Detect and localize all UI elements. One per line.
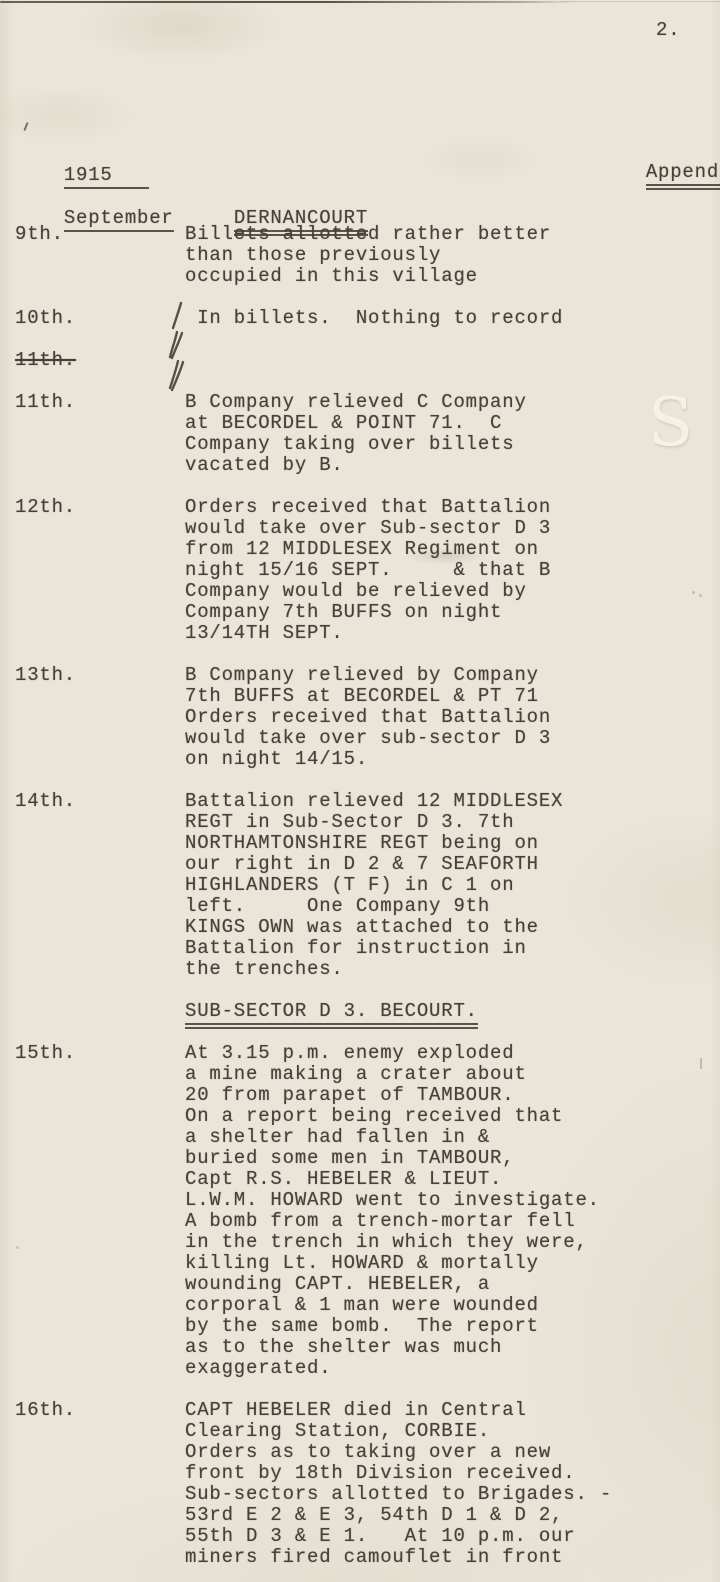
entry-text: Billets allotted rather betterthan those… bbox=[185, 224, 720, 287]
entry-line: as to the shelter was much bbox=[185, 1337, 720, 1358]
entry-line: wounding CAPT. HEBELER, a bbox=[185, 1274, 720, 1295]
paper-speck bbox=[23, 122, 28, 131]
embossed-watermark: S bbox=[648, 390, 693, 456]
entry-line: occupied in this village bbox=[185, 266, 720, 287]
entry-date: 12th. bbox=[15, 497, 76, 518]
entry-line: front by 18th Division received. bbox=[185, 1463, 720, 1484]
entry-line: Company taking over billets bbox=[185, 434, 720, 455]
entry-line: Company 7th BUFFS on night bbox=[185, 602, 720, 623]
entry-line: Billets allotted rather better bbox=[185, 224, 720, 245]
diary-entry: 13th.B Company relieved by Company7th BU… bbox=[0, 665, 720, 770]
handwritten-tick-marks-icon bbox=[165, 300, 191, 394]
entry-line: 7th BUFFS at BECORDEL & PT 71 bbox=[185, 686, 720, 707]
diary-entry: 9th.Billets allotted rather betterthan t… bbox=[0, 224, 720, 287]
entry-date: 16th. bbox=[15, 1400, 76, 1421]
entry-text: Battalion relieved 12 MIDDLESEXREGT in S… bbox=[185, 791, 720, 980]
entry-line: NORTHAMTONSHIRE REGT being on bbox=[185, 833, 720, 854]
entry-line: on night 14/15. bbox=[185, 749, 720, 770]
entry-line: L.W.M. HOWARD went to investigate. bbox=[185, 1190, 720, 1211]
entry-line: at BECORDEL & POINT 71. C bbox=[185, 413, 720, 434]
entry-line: Company would be relieved by bbox=[185, 581, 720, 602]
entry-line: A bomb from a trench-mortar fell bbox=[185, 1211, 720, 1232]
document-page: 2. 1915 Appendix September DERNANCOURT 9… bbox=[0, 0, 720, 1582]
entry-line: our right in D 2 & 7 SEAFORTH bbox=[185, 854, 720, 875]
entry-line: On a report being received that bbox=[185, 1106, 720, 1127]
entry-line: In billets. Nothing to record bbox=[185, 308, 720, 329]
entry-line: 53rd E 2 & E 3, 54th D 1 & D 2, bbox=[185, 1505, 720, 1526]
section-heading-text: SUB-SECTOR D 3. BECOURT. bbox=[185, 1001, 478, 1029]
entry-line: corporal & 1 man were wounded bbox=[185, 1295, 720, 1316]
entry-date-struck: 11th. bbox=[15, 350, 76, 371]
entry-line: from 12 MIDDLESEX Regiment on bbox=[185, 539, 720, 560]
entry-line: Battalion for instruction in bbox=[185, 938, 720, 959]
paper-speck bbox=[699, 594, 702, 597]
appendix-heading: Appendix bbox=[597, 141, 720, 211]
entry-line: killing Lt. HOWARD & mortally bbox=[185, 1253, 720, 1274]
entry-text: B Company relieved by Company7th BUFFS a… bbox=[185, 665, 720, 770]
paper-speck bbox=[692, 591, 695, 594]
year-text: 1915 bbox=[64, 165, 149, 189]
entry-line: 20 from parapet of TAMBOUR. bbox=[185, 1085, 720, 1106]
entry-line: Orders received that Battalion bbox=[185, 707, 720, 728]
entry-line: CAPT HEBELER died in Central bbox=[185, 1400, 720, 1421]
diary-entry: 10th. In billets. Nothing to record bbox=[0, 308, 720, 329]
entry-line: exaggerated. bbox=[185, 1358, 720, 1379]
entry-line: Sub-sectors allotted to Brigades. - bbox=[185, 1484, 720, 1505]
entry-text: Orders received that Battalionwould take… bbox=[185, 497, 720, 644]
entry-text: In billets. Nothing to record bbox=[185, 308, 720, 329]
entry-line: a mine making a crater about bbox=[185, 1064, 720, 1085]
diary-entry: 15th.At 3.15 p.m. enemy explodeda mine m… bbox=[0, 1043, 720, 1379]
entry-line: Battalion relieved 12 MIDDLESEX bbox=[185, 791, 720, 812]
page-number: 2. bbox=[656, 20, 680, 41]
diary-entry: 12th.Orders received that Battalionwould… bbox=[0, 497, 720, 644]
diary-entry: 16th.CAPT HEBELER died in CentralClearin… bbox=[0, 1400, 720, 1568]
entry-line: left. One Company 9th bbox=[185, 896, 720, 917]
entry-line: would take over sub-sector D 3 bbox=[185, 728, 720, 749]
entry-line: Orders received that Battalion bbox=[185, 497, 720, 518]
paper-speck bbox=[444, 277, 447, 280]
paper-speck bbox=[16, 1246, 19, 1249]
section-heading: SUB-SECTOR D 3. BECOURT. bbox=[0, 1001, 720, 1029]
diary-entry: 11th. bbox=[0, 350, 720, 371]
entry-line: 55th D 3 & E 1. At 10 p.m. our bbox=[185, 1526, 720, 1547]
entry-date: 13th. bbox=[15, 665, 76, 686]
entry-line: REGT in Sub-Sector D 3. 7th bbox=[185, 812, 720, 833]
entry-date: 10th. bbox=[15, 308, 76, 329]
entry-line: HIGHLANDERS (T F) in C 1 on bbox=[185, 875, 720, 896]
entry-line: by the same bomb. The report bbox=[185, 1316, 720, 1337]
diary-entries: 9th.Billets allotted rather betterthan t… bbox=[0, 224, 720, 1582]
entry-line: a shelter had fallen in & bbox=[185, 1127, 720, 1148]
entry-date: 15th. bbox=[15, 1043, 76, 1064]
entry-date: 14th. bbox=[15, 791, 76, 812]
entry-line: KINGS OWN was attached to the bbox=[185, 917, 720, 938]
entry-line: B Company relieved C Company bbox=[185, 392, 720, 413]
entry-line: the trenches. bbox=[185, 959, 720, 980]
diary-entry: 14th.Battalion relieved 12 MIDDLESEXREGT… bbox=[0, 791, 720, 980]
entry-text: CAPT HEBELER died in CentralClearing Sta… bbox=[185, 1400, 720, 1568]
entry-line: would take over Sub-sector D 3 bbox=[185, 518, 720, 539]
diary-entry: 11th.B Company relieved C Companyat BECO… bbox=[0, 392, 720, 476]
scan-edge-line-faint bbox=[560, 1, 720, 2]
entry-line: B Company relieved by Company bbox=[185, 665, 720, 686]
entry-line: miners fired camouflet in front bbox=[185, 1547, 720, 1568]
entry-line: Capt R.S. HEBELER & LIEUT. bbox=[185, 1169, 720, 1190]
entry-line: Clearing Station, CORBIE. bbox=[185, 1421, 720, 1442]
entry-line: night 15/16 SEPT. & that B bbox=[185, 560, 720, 581]
entry-line: buried some men in TAMBOUR, bbox=[185, 1148, 720, 1169]
entry-date: 11th. bbox=[15, 392, 76, 413]
entry-text: B Company relieved C Companyat BECORDEL … bbox=[185, 392, 720, 476]
paper-speck bbox=[700, 1058, 702, 1069]
entry-line: vacated by B. bbox=[185, 455, 720, 476]
entry-text: At 3.15 p.m. enemy explodeda mine making… bbox=[185, 1043, 720, 1379]
entry-date: 9th. bbox=[15, 224, 64, 245]
entry-line: 13/14TH SEPT. bbox=[185, 623, 720, 644]
appendix-text: Appendix bbox=[646, 162, 720, 190]
scan-edge-line bbox=[0, 1, 578, 3]
entry-line: Orders as to taking over a new bbox=[185, 1442, 720, 1463]
entry-line: At 3.15 p.m. enemy exploded bbox=[185, 1043, 720, 1064]
entry-line: in the trench in which they were, bbox=[185, 1232, 720, 1253]
entry-line: than those previously bbox=[185, 245, 720, 266]
